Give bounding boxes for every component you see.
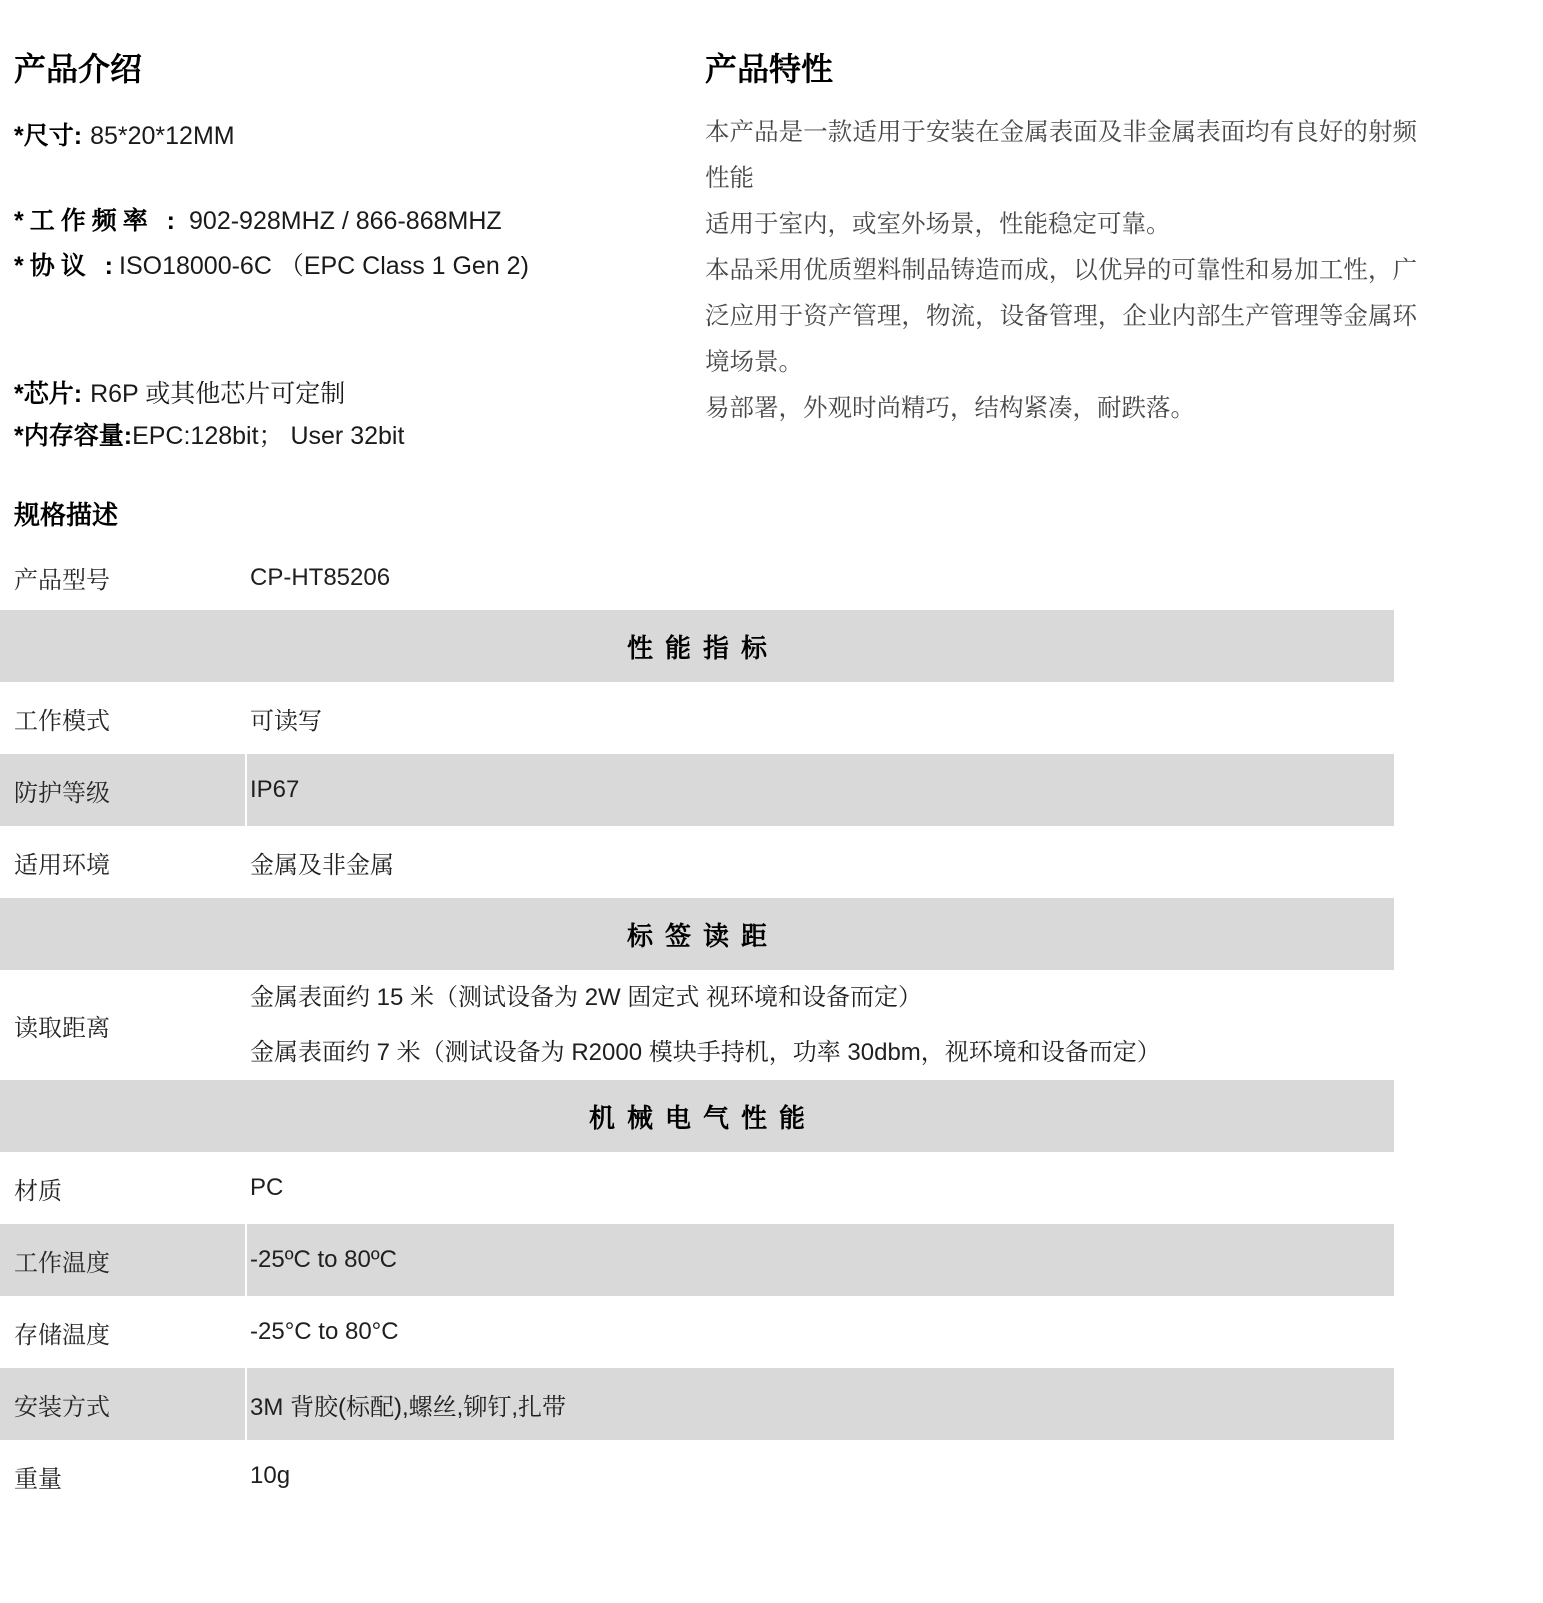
row-label: 工作温度: [0, 1224, 247, 1296]
table-section-header-mechanical-electrical: 机械电气性能: [0, 1080, 1394, 1152]
feature-paragraph: 易部署，外观时尚精巧，结构紧凑，耐跌落。: [705, 386, 1417, 432]
table-row-work-mode: 工作模式 可读写: [0, 682, 1394, 754]
read-distance-line-1: 金属表面约 15 米（测试设备为 2W 固定式 视环境和设备而定）: [250, 970, 1394, 1025]
row-label: 存储温度: [0, 1296, 247, 1368]
table-section-header-performance: 性能指标: [0, 610, 1394, 682]
spec-value-memory: EPC:128bit； User 32bit: [132, 422, 404, 450]
spec-label-chip: *芯片:: [14, 380, 82, 408]
spec-line-chip: *芯片:R6P 或其他芯片可定制: [14, 374, 345, 410]
spec-value-chip: R6P 或其他芯片可定制: [90, 380, 345, 408]
spec-line-protocol: *协议 :ISO18000-6C （EPC Class 1 Gen 2): [14, 246, 529, 282]
feature-paragraph: 适用于室内，或室外场景，性能稳定可靠。: [705, 202, 1417, 248]
spec-line-dimensions: *尺寸:85*20*12MM: [14, 116, 235, 152]
spec-label-memory: *内存容量:: [14, 422, 132, 450]
row-value: -25ºC to 80ºC: [247, 1246, 1394, 1274]
row-label: 防护等级: [0, 754, 247, 826]
row-label: 产品型号: [0, 545, 247, 610]
table-row-protection-rating: 防护等级 IP67: [0, 754, 1394, 826]
product-spec-page: 产品介绍 *尺寸:85*20*12MM *工作频率 :902-928MHZ / …: [0, 0, 1543, 1603]
table-section-header-read-range: 标签读距: [0, 898, 1394, 970]
row-label: 工作模式: [0, 682, 247, 754]
spec-section-title: 规格描述: [14, 500, 118, 531]
row-value: 金属及非金属: [247, 845, 1394, 880]
row-label: 适用环境: [0, 826, 247, 898]
section-header-label: 机械电气性能: [577, 1098, 817, 1135]
table-row-read-distance: 读取距离 金属表面约 15 米（测试设备为 2W 固定式 视环境和设备而定） 金…: [0, 970, 1394, 1080]
intro-title: 产品介绍: [14, 50, 142, 88]
table-row-product-model: 产品型号 CP-HT85206: [0, 545, 1394, 610]
table-row-operating-temperature: 工作温度 -25ºC to 80ºC: [0, 1224, 1394, 1296]
table-row-weight: 重量 10g: [0, 1440, 1394, 1512]
spec-value-protocol: ISO18000-6C （EPC Class 1 Gen 2): [119, 252, 529, 280]
row-value: 可读写: [247, 701, 1394, 736]
spec-label-protocol: *协议 :: [14, 252, 119, 280]
read-distance-line-2: 金属表面约 7 米（测试设备为 R2000 模块手持机，功率 30dbm，视环境…: [250, 1025, 1394, 1080]
feature-paragraph: 本品采用优质塑料制品铸造而成，以优异的可靠性和易加工性，广泛应用于资产管理，物流…: [705, 248, 1417, 386]
row-value: IP67: [247, 776, 1394, 804]
row-value: 10g: [247, 1462, 1394, 1490]
feature-paragraph: 本产品是一款适用于安装在金属表面及非金属表面均有良好的射频性能: [705, 110, 1417, 202]
section-header-label: 性能指标: [615, 628, 779, 665]
spec-value-dimensions: 85*20*12MM: [90, 122, 235, 150]
row-label: 读取距离: [0, 970, 247, 1080]
row-label: 材质: [0, 1152, 247, 1224]
spec-label-dimensions: *尺寸:: [14, 122, 82, 150]
table-row-storage-temperature: 存储温度 -25°C to 80°C: [0, 1296, 1394, 1368]
spec-value-frequency: 902-928MHZ / 866-868MHZ: [189, 207, 502, 235]
section-header-label: 标签读距: [615, 916, 779, 953]
features-title: 产品特性: [705, 50, 833, 88]
table-row-mounting-method: 安装方式 3M 背胶(标配),螺丝,铆钉,扎带: [0, 1368, 1394, 1440]
row-label: 重量: [0, 1440, 247, 1512]
features-paragraphs: 本产品是一款适用于安装在金属表面及非金属表面均有良好的射频性能 适用于室内，或室…: [705, 110, 1417, 432]
row-value: CP-HT85206: [247, 564, 1394, 592]
row-value: -25°C to 80°C: [247, 1318, 1394, 1346]
row-label: 安装方式: [0, 1368, 247, 1440]
spec-label-frequency: *工作频率 :: [14, 207, 181, 235]
row-value: 3M 背胶(标配),螺丝,铆钉,扎带: [247, 1387, 1394, 1422]
spec-table: 产品型号 CP-HT85206 性能指标 工作模式 可读写 防护等级 IP67 …: [0, 545, 1394, 1512]
spec-line-memory: *内存容量:EPC:128bit； User 32bit: [14, 416, 404, 452]
row-value: PC: [247, 1174, 1394, 1202]
table-row-applicable-environment: 适用环境 金属及非金属: [0, 826, 1394, 898]
table-row-material: 材质 PC: [0, 1152, 1394, 1224]
row-value: 金属表面约 15 米（测试设备为 2W 固定式 视环境和设备而定） 金属表面约 …: [247, 970, 1394, 1080]
spec-line-frequency: *工作频率 :902-928MHZ / 866-868MHZ: [14, 201, 502, 237]
